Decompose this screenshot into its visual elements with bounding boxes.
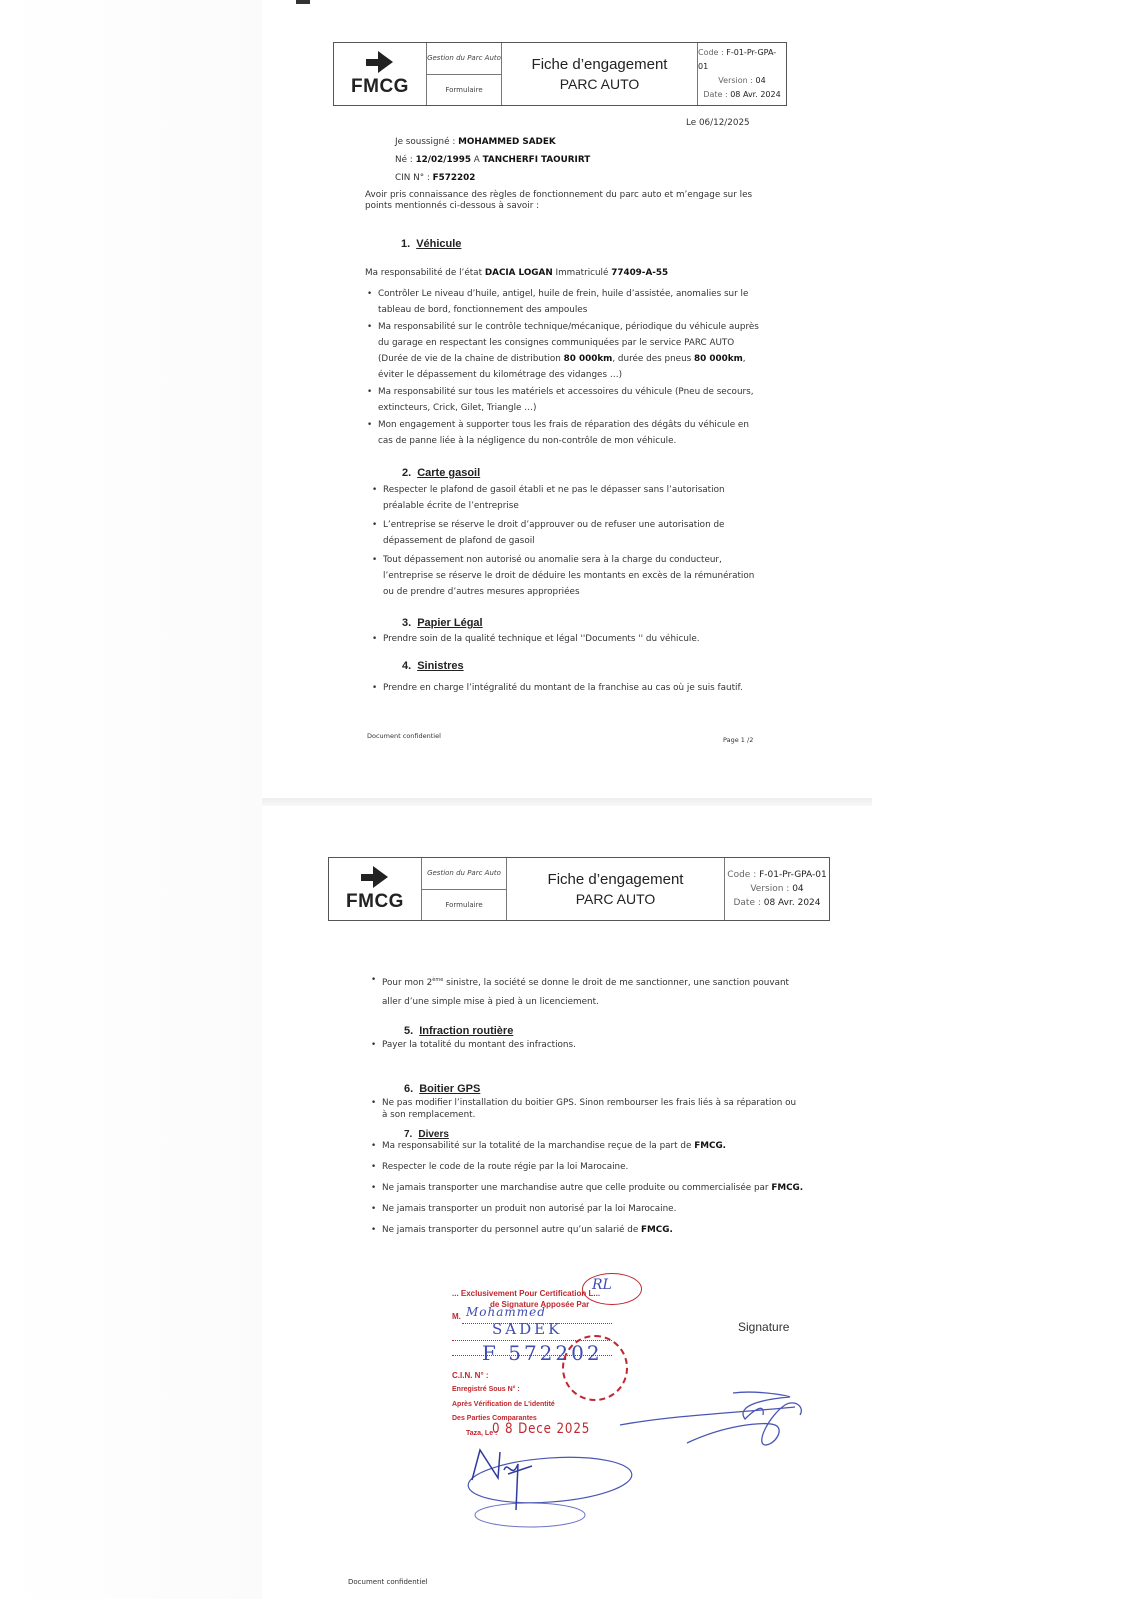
fmcg-logo: FMCG — [334, 43, 427, 105]
list-item: Prendre en charge l’intégralité du monta… — [370, 681, 770, 697]
logo-text: FMCG — [351, 76, 409, 98]
section-6-heading: 6.Boitier GPS — [404, 1083, 480, 1095]
section-5-heading: 5.Infraction routière — [404, 1025, 513, 1037]
handwritten-name: Mohammed — [466, 1305, 546, 1319]
list-item: Ma responsabilité sur tous les matériels… — [365, 384, 765, 416]
list-item: Ma responsabilité sur la totalité de la … — [369, 1140, 809, 1152]
identity-block: Je soussigné : MOHAMMED SADEK Né : 12/02… — [395, 133, 590, 187]
list-item: Pour mon 2ème sinistre, la société se do… — [369, 971, 801, 1012]
cin-line: CIN N° : F572202 — [395, 169, 590, 187]
scan-background-left — [0, 0, 262, 1599]
section-4-continued: Pour mon 2ème sinistre, la société se do… — [369, 971, 801, 1012]
birth-line: Né : 12/02/1995 A TANCHERFI TAOURIRT — [395, 151, 590, 169]
stamp-line1: ... Exclusivement Pour Certification L..… — [452, 1289, 600, 1298]
name-line: Je soussigné : MOHAMMED SADEK — [395, 133, 590, 151]
section-1-heading: 1.Véhicule — [401, 238, 461, 250]
list-item: Ne jamais transporter une marchandise au… — [369, 1182, 809, 1194]
list-item: Ne jamais transporter du personnel autre… — [369, 1224, 809, 1236]
section-3-list: Prendre soin de la qualité technique et … — [370, 632, 770, 648]
arrow-logo-icon — [361, 866, 389, 888]
list-item: Respecter le code de la route régie par … — [369, 1161, 809, 1173]
section-5-list: Payer la totalité du montant des infract… — [369, 1038, 789, 1054]
code-row: Code : F-01-Pr-GPA-01 — [698, 46, 786, 74]
section-7-heading: 7.Divers — [404, 1129, 449, 1140]
official-signature — [460, 1440, 640, 1540]
arrow-logo-icon — [366, 51, 394, 73]
doc-code-box: Code : F-01-Pr-GPA-01 Version : 04 Date … — [725, 858, 829, 920]
title-line2: PARC AUTO — [576, 891, 656, 907]
signature-label: Signature — [738, 1320, 789, 1334]
department-label: Gestion du Parc Auto — [422, 858, 506, 889]
list-item: Tout dépassement non autorisé ou anomali… — [370, 552, 762, 600]
vehicle-line: Ma responsabilité de l’état DACIA LOGAN … — [365, 266, 668, 282]
list-item: Payer la totalité du montant des infract… — [369, 1038, 789, 1054]
page-separator — [262, 798, 872, 806]
logo-text: FMCG — [346, 891, 404, 913]
date-row: Date : 08 Avr. 2024 — [733, 896, 820, 910]
list-item: Contrôler Le niveau d’huile, antigel, hu… — [365, 286, 765, 318]
stamp-m-label: M. — [452, 1312, 461, 1321]
version-row: Version : 04 — [750, 882, 803, 896]
code-row: Code : F-01-Pr-GPA-01 — [727, 868, 826, 882]
form-title: Fiche d’engagement PARC AUTO — [507, 858, 725, 920]
list-item: L’entreprise se réserve le droit d’appro… — [370, 517, 762, 549]
fmcg-logo: FMCG — [329, 858, 422, 920]
document-date: Le 06/12/2025 — [686, 116, 750, 132]
form-title: Fiche d’engagement PARC AUTO — [502, 43, 698, 105]
footer-confidential: Document confidentiel — [367, 732, 441, 740]
version-row: Version : 04 — [718, 74, 765, 88]
department-label: Gestion du Parc Auto — [427, 43, 501, 74]
doc-type-label: Formulaire — [427, 74, 501, 106]
section-4-heading: 4.Sinistres — [402, 660, 464, 672]
page1-header: FMCG Gestion du Parc Auto Formulaire Fic… — [333, 42, 787, 106]
stamp-cin-label: C.I.N. N° : — [452, 1371, 489, 1380]
list-item: Respecter le plafond de gasoil établi et… — [370, 482, 762, 514]
list-item: Mon engagement à supporter tous les frai… — [365, 417, 765, 449]
list-item: Ne pas modifier l’installation du boitie… — [369, 1097, 801, 1121]
title-line2: PARC AUTO — [560, 76, 640, 92]
section-7-list: Ma responsabilité sur la totalité de la … — [369, 1140, 809, 1236]
doc-type-label: Formulaire — [422, 889, 506, 921]
page-number: Page 1 /2 — [723, 736, 753, 744]
title-line1: Fiche d’engagement — [548, 871, 684, 888]
scan-artifact — [296, 0, 310, 4]
list-item: Prendre soin de la qualité technique et … — [370, 632, 770, 648]
stamp-verification: Après Vérification de L'identité — [452, 1401, 555, 1408]
list-item: Ne jamais transporter un produit non aut… — [369, 1203, 809, 1215]
date-stamp: 0 8 Dece 2025 — [492, 1421, 590, 1437]
list-item: Ma responsabilité sur le contrôle techni… — [365, 319, 765, 383]
handwritten-initials: RL — [592, 1277, 612, 1293]
date-row: Date : 08 Avr. 2024 — [703, 88, 780, 102]
header-meta: Gestion du Parc Auto Formulaire — [427, 43, 502, 105]
section-2-heading: 2.Carte gasoil — [402, 467, 480, 479]
employee-signature — [615, 1385, 825, 1455]
section-1-list: Contrôler Le niveau d’huile, antigel, hu… — [365, 286, 765, 449]
page2-header: FMCG Gestion du Parc Auto Formulaire Fic… — [328, 857, 830, 921]
title-line1: Fiche d’engagement — [532, 56, 668, 73]
header-meta: Gestion du Parc Auto Formulaire — [422, 858, 507, 920]
section-2-list: Respecter le plafond de gasoil établi et… — [370, 482, 762, 600]
handwritten-surname: SADEK — [492, 1320, 562, 1338]
footer-confidential: Document confidentiel — [348, 1578, 428, 1586]
section-3-heading: 3.Papier Légal — [402, 617, 483, 629]
stamp-registered: Enregistré Sous N° : — [452, 1386, 520, 1393]
initials-oval — [582, 1273, 642, 1305]
section-6-list: Ne pas modifier l’installation du boitie… — [369, 1097, 801, 1121]
section-4-list: Prendre en charge l’intégralité du monta… — [370, 681, 770, 697]
intro-paragraph: Avoir pris connaissance des règles de fo… — [365, 190, 777, 212]
doc-code-box: Code : F-01-Pr-GPA-01 Version : 04 Date … — [698, 43, 786, 105]
